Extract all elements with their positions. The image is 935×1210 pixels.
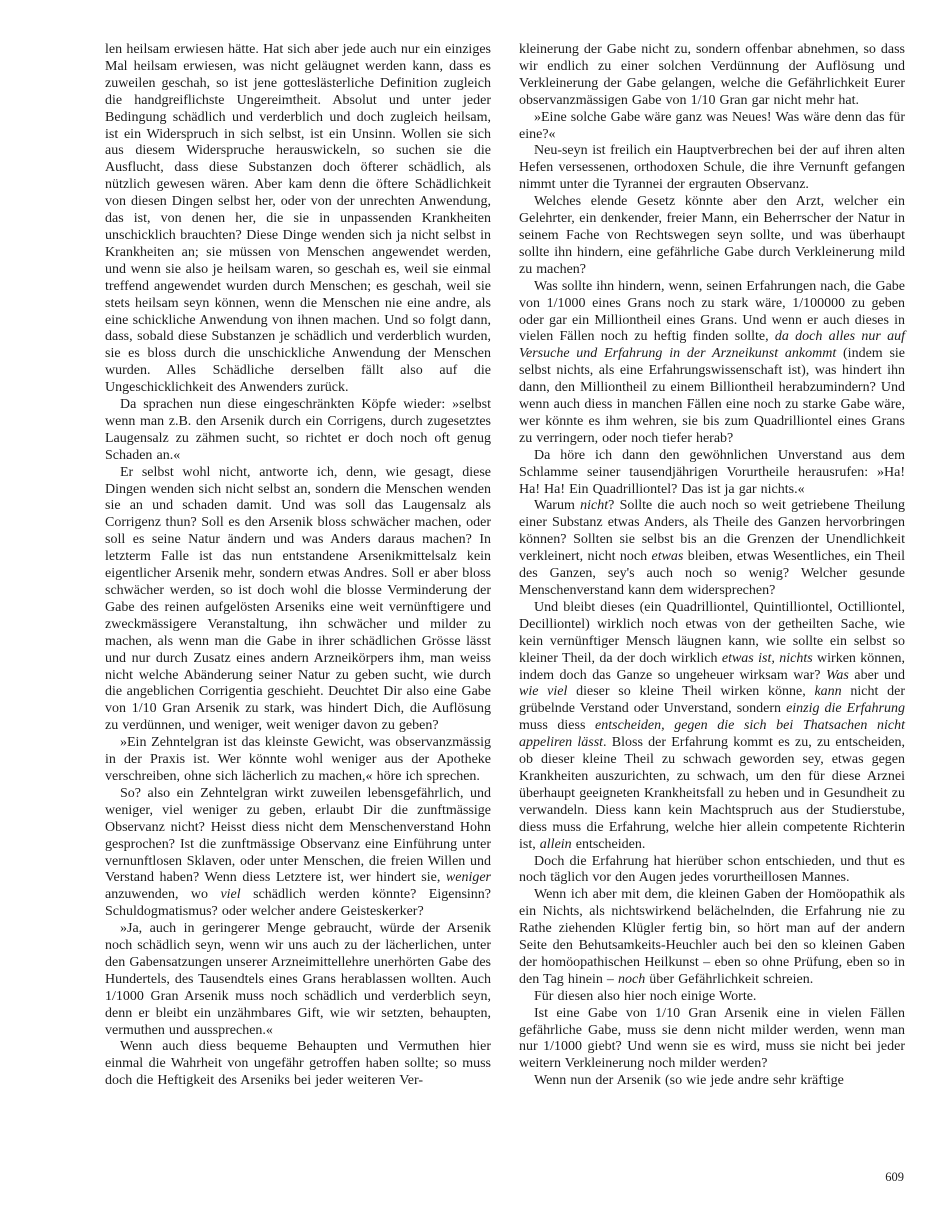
paragraph: Da höre ich dann den gewöhnlichen Unvers… [519, 448, 905, 499]
body-text: »Ein Zehntelgran ist das kleinste Gewich… [105, 735, 491, 784]
body-text: Da höre ich dann den gewöhnlichen Unvers… [519, 448, 905, 497]
italic-text: noch [618, 972, 645, 987]
page-number: 609 [885, 1171, 904, 1184]
italic-text: etwas ist, nichts [722, 651, 813, 666]
paragraph: »Ein Zehntelgran ist das kleinste Gewich… [105, 735, 491, 786]
italic-text: viel [220, 887, 240, 902]
paragraph: len heilsam erwiesen hätte. Hat sich abe… [105, 42, 491, 397]
body-text: kleinerung der Gabe nicht zu, sondern of… [519, 42, 905, 108]
paragraph: So? also ein Zehntelgran wirkt zuweilen … [105, 786, 491, 921]
paragraph: Ist eine Gabe von 1/10 Gran Arsenik eine… [519, 1006, 905, 1074]
body-text: über Gefährlichkeit schreien. [645, 972, 813, 987]
paragraph: Welches elende Gesetz könnte aber den Ar… [519, 194, 905, 279]
body-text: So? also ein Zehntelgran wirkt zuweilen … [105, 786, 491, 886]
body-text: Wenn nun der Arsenik (so wie jede andre … [534, 1073, 844, 1088]
italic-text: Was [826, 668, 849, 683]
paragraph: kleinerung der Gabe nicht zu, sondern of… [519, 42, 905, 110]
paragraph: »Ja, auch in geringerer Menge gebraucht,… [105, 921, 491, 1039]
body-text: »Ja, auch in geringerer Menge gebraucht,… [105, 921, 491, 1037]
text-column-right: kleinerung der Gabe nicht zu, sondern of… [519, 42, 905, 1090]
body-text: aber und [849, 668, 905, 683]
text-column-left: len heilsam erwiesen hätte. Hat sich abe… [105, 42, 491, 1090]
text-columns: len heilsam erwiesen hätte. Hat sich abe… [105, 42, 905, 1090]
italic-text: etwas [651, 549, 683, 564]
italic-text: einzig die Erfahrung [786, 701, 905, 716]
body-text: anzuwenden, wo [105, 887, 220, 902]
body-text: . Bloss der Erfahrung kommt es zu, zu en… [519, 735, 905, 851]
body-text: entscheiden. [572, 837, 646, 852]
paragraph: Wenn nun der Arsenik (so wie jede andre … [519, 1073, 905, 1090]
body-text: Wenn auch diess bequeme Behaupten und Ve… [105, 1039, 491, 1088]
book-page: len heilsam erwiesen hätte. Hat sich abe… [0, 0, 935, 1210]
paragraph: »Eine solche Gabe wäre ganz was Neues! W… [519, 110, 905, 144]
body-text: Welches elende Gesetz könnte aber den Ar… [519, 194, 905, 277]
body-text: muss diess [519, 718, 595, 733]
paragraph: Er selbst wohl nicht, antworte ich, denn… [105, 465, 491, 736]
paragraph: Neu-seyn ist freilich ein Hauptverbreche… [519, 143, 905, 194]
paragraph: Warum nicht? Sollte die auch noch so wei… [519, 498, 905, 599]
body-text: »Eine solche Gabe wäre ganz was Neues! W… [519, 110, 905, 142]
body-text: Neu-seyn ist freilich ein Hauptverbreche… [519, 143, 905, 192]
paragraph: Für diesen also hier noch einige Worte. [519, 989, 905, 1006]
italic-text: kann [814, 684, 841, 699]
paragraph: Wenn ich aber mit dem, die kleinen Gaben… [519, 887, 905, 988]
paragraph: Was sollte ihn hindern, wenn, seinen Erf… [519, 279, 905, 448]
body-text: Doch die Erfahrung hat hierüber schon en… [519, 854, 905, 886]
italic-text: weniger [446, 870, 491, 885]
paragraph: Doch die Erfahrung hat hierüber schon en… [519, 854, 905, 888]
paragraph: Wenn auch diess bequeme Behaupten und Ve… [105, 1039, 491, 1090]
body-text: Ist eine Gabe von 1/10 Gran Arsenik eine… [519, 1006, 905, 1072]
italic-text: allein [540, 837, 572, 852]
paragraph: Und bleibt dieses (ein Quadrilliontel, Q… [519, 600, 905, 854]
body-text: Warum [534, 498, 580, 513]
body-text: Er selbst wohl nicht, antworte ich, denn… [105, 465, 491, 734]
body-text: dieser so kleine Theil wirken könne, [567, 684, 814, 699]
italic-text: nicht [580, 498, 608, 513]
italic-text: wie viel [519, 684, 567, 699]
body-text: Da sprachen nun diese eingeschränkten Kö… [105, 397, 491, 463]
body-text: len heilsam erwiesen hätte. Hat sich abe… [105, 42, 491, 395]
paragraph: Da sprachen nun diese eingeschränkten Kö… [105, 397, 491, 465]
body-text: Für diesen also hier noch einige Worte. [534, 989, 756, 1004]
